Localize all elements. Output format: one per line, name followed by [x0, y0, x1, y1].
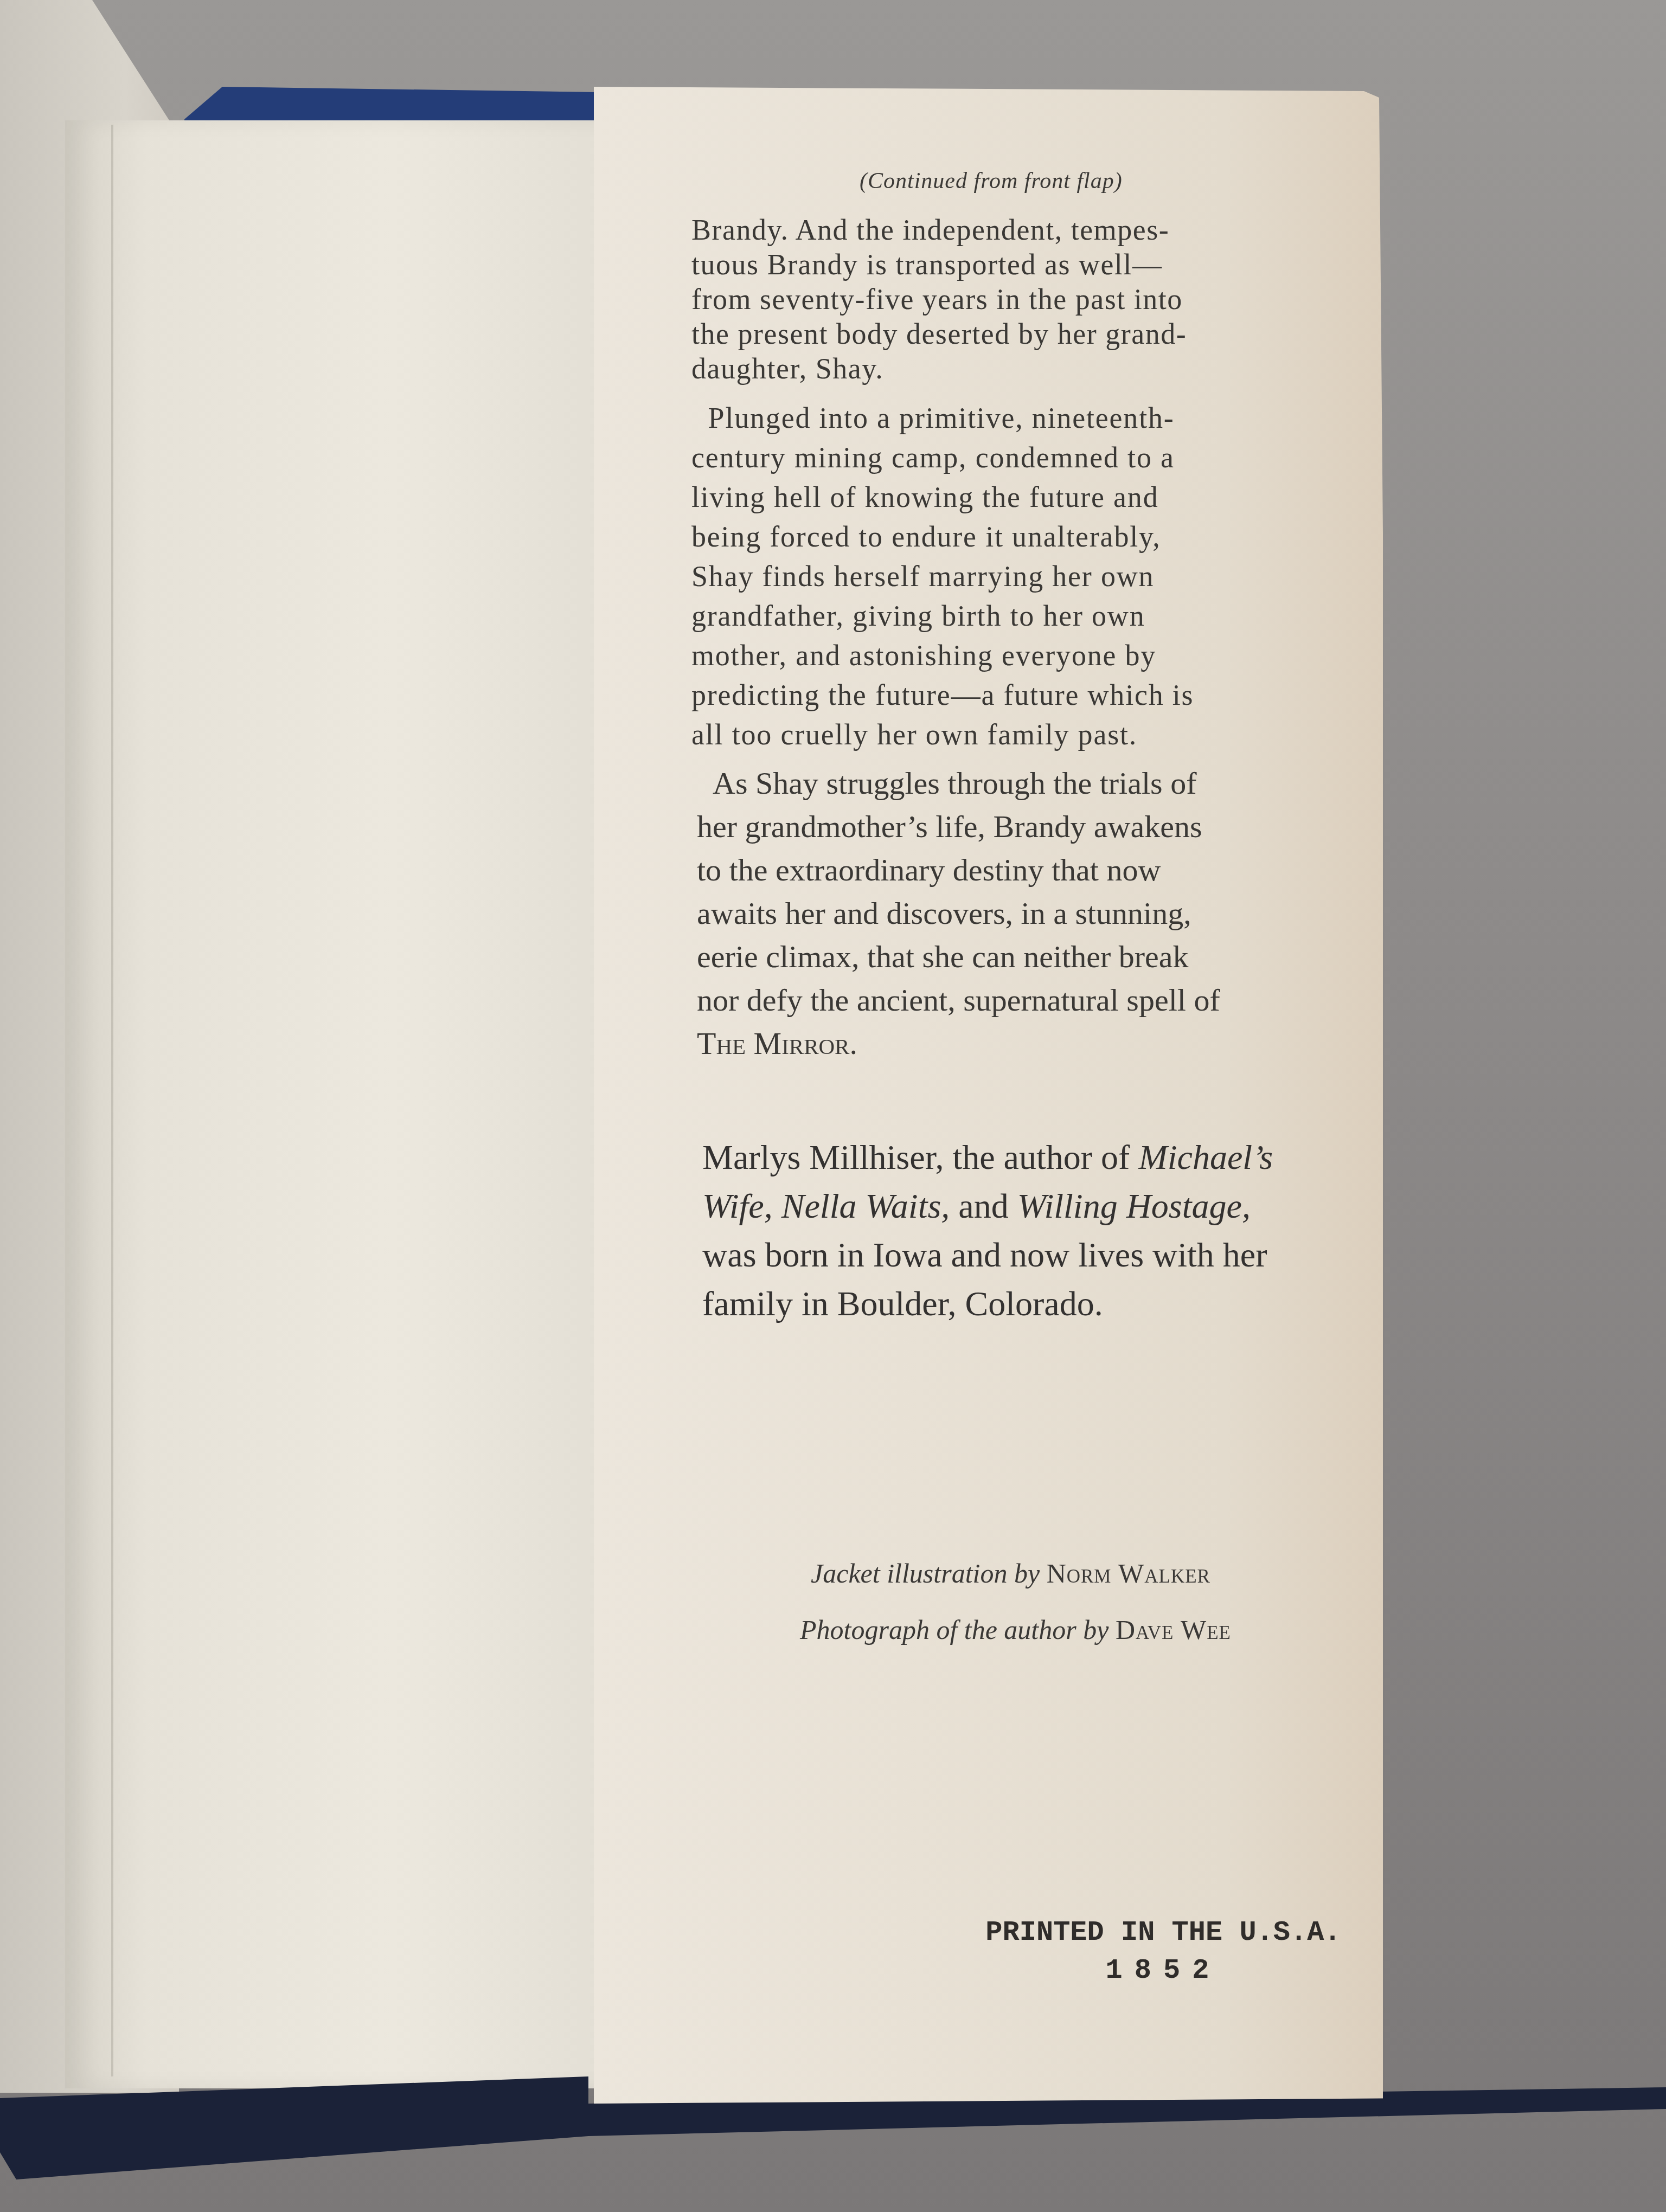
paragraph-3: As Shay struggles through the trials of …	[697, 762, 1348, 1065]
bio-text: Marlys Millhiser, the author of	[702, 1138, 1138, 1176]
credit-name: Norm Walker	[1047, 1558, 1210, 1589]
text-line: daughter, Shay.	[691, 351, 1277, 386]
text-line: awaits her and discovers, in a stunning,	[697, 892, 1348, 935]
text-line: Brandy. And the independent, tempes-	[691, 213, 1277, 247]
credit-illustration: Jacket illustration by Norm Walker	[811, 1545, 1407, 1602]
gutter-crease	[111, 125, 113, 2076]
bio-text: and	[950, 1187, 1017, 1225]
text-line: predicting the future—a future which is	[691, 676, 1310, 715]
bio-line-3: was born in Iowa and now lives with her	[702, 1231, 1396, 1279]
text-line: her grandmother’s life, Brandy awakens	[697, 805, 1348, 848]
text-line: all too cruelly her own family past.	[691, 715, 1310, 755]
credit-name: Dave Wee	[1116, 1615, 1231, 1645]
credits: Jacket illustration by Norm Walker Photo…	[811, 1545, 1407, 1658]
credit-label: Jacket illustration by	[811, 1558, 1047, 1589]
text-line: to the extraordinary destiny that now	[697, 848, 1348, 892]
printed-line: PRINTED IN THE U.S.A.	[973, 1914, 1353, 1952]
text-line: grandfather, giving birth to her own	[691, 596, 1310, 636]
credit-label: Photograph of the author by	[800, 1615, 1116, 1645]
text-line: As Shay struggles through the trials of	[697, 762, 1348, 805]
text-line: eerie climax, that she can neither break	[697, 935, 1348, 979]
text-line: tuous Brandy is transported as well—	[691, 247, 1277, 282]
print-code: 1852	[973, 1952, 1353, 1990]
bio-line-1: Marlys Millhiser, the author of Michael’…	[702, 1133, 1396, 1182]
bio-line-4: family in Boulder, Colorado.	[702, 1279, 1396, 1328]
printed-in-usa: PRINTED IN THE U.S.A. 1852	[973, 1914, 1353, 1990]
text-line: from seventy-five years in the past into	[691, 282, 1277, 317]
text-line: being forced to endure it unalterably,	[691, 517, 1310, 557]
text-line: nor defy the ancient, supernatural spell…	[697, 979, 1348, 1022]
book-title-smallcaps: The Mirror.	[697, 1022, 1348, 1065]
book-pages	[65, 120, 607, 2088]
book-title-michaels-wife: Michael’s	[1138, 1138, 1273, 1176]
book-title-italic: Wife, Nella Waits,	[702, 1187, 950, 1225]
text-line: Plunged into a primitive, nineteenth-	[691, 398, 1310, 438]
continued-note: (Continued from front flap)	[860, 168, 1123, 194]
text-line: century mining camp, condemned to a	[691, 438, 1310, 478]
paragraph-2: Plunged into a primitive, nineteenth- ce…	[691, 398, 1310, 755]
author-bio: Marlys Millhiser, the author of Michael’…	[702, 1133, 1396, 1328]
bio-line-2: Wife, Nella Waits, and Willing Hostage,	[702, 1182, 1396, 1231]
text-line: Shay finds herself marrying her own	[691, 557, 1310, 596]
paragraph-1: Brandy. And the independent, tempes- tuo…	[691, 213, 1277, 386]
text-line: living hell of knowing the future and	[691, 478, 1310, 517]
book-title-willing-hostage: Willing Hostage,	[1017, 1187, 1251, 1225]
text-line: the present body deserted by her grand-	[691, 317, 1277, 351]
text-line: mother, and astonishing everyone by	[691, 636, 1310, 676]
credit-photograph: Photograph of the author by Dave Wee	[800, 1602, 1407, 1658]
dust-jacket-flap: (Continued from front flap) Brandy. And …	[594, 87, 1383, 2104]
